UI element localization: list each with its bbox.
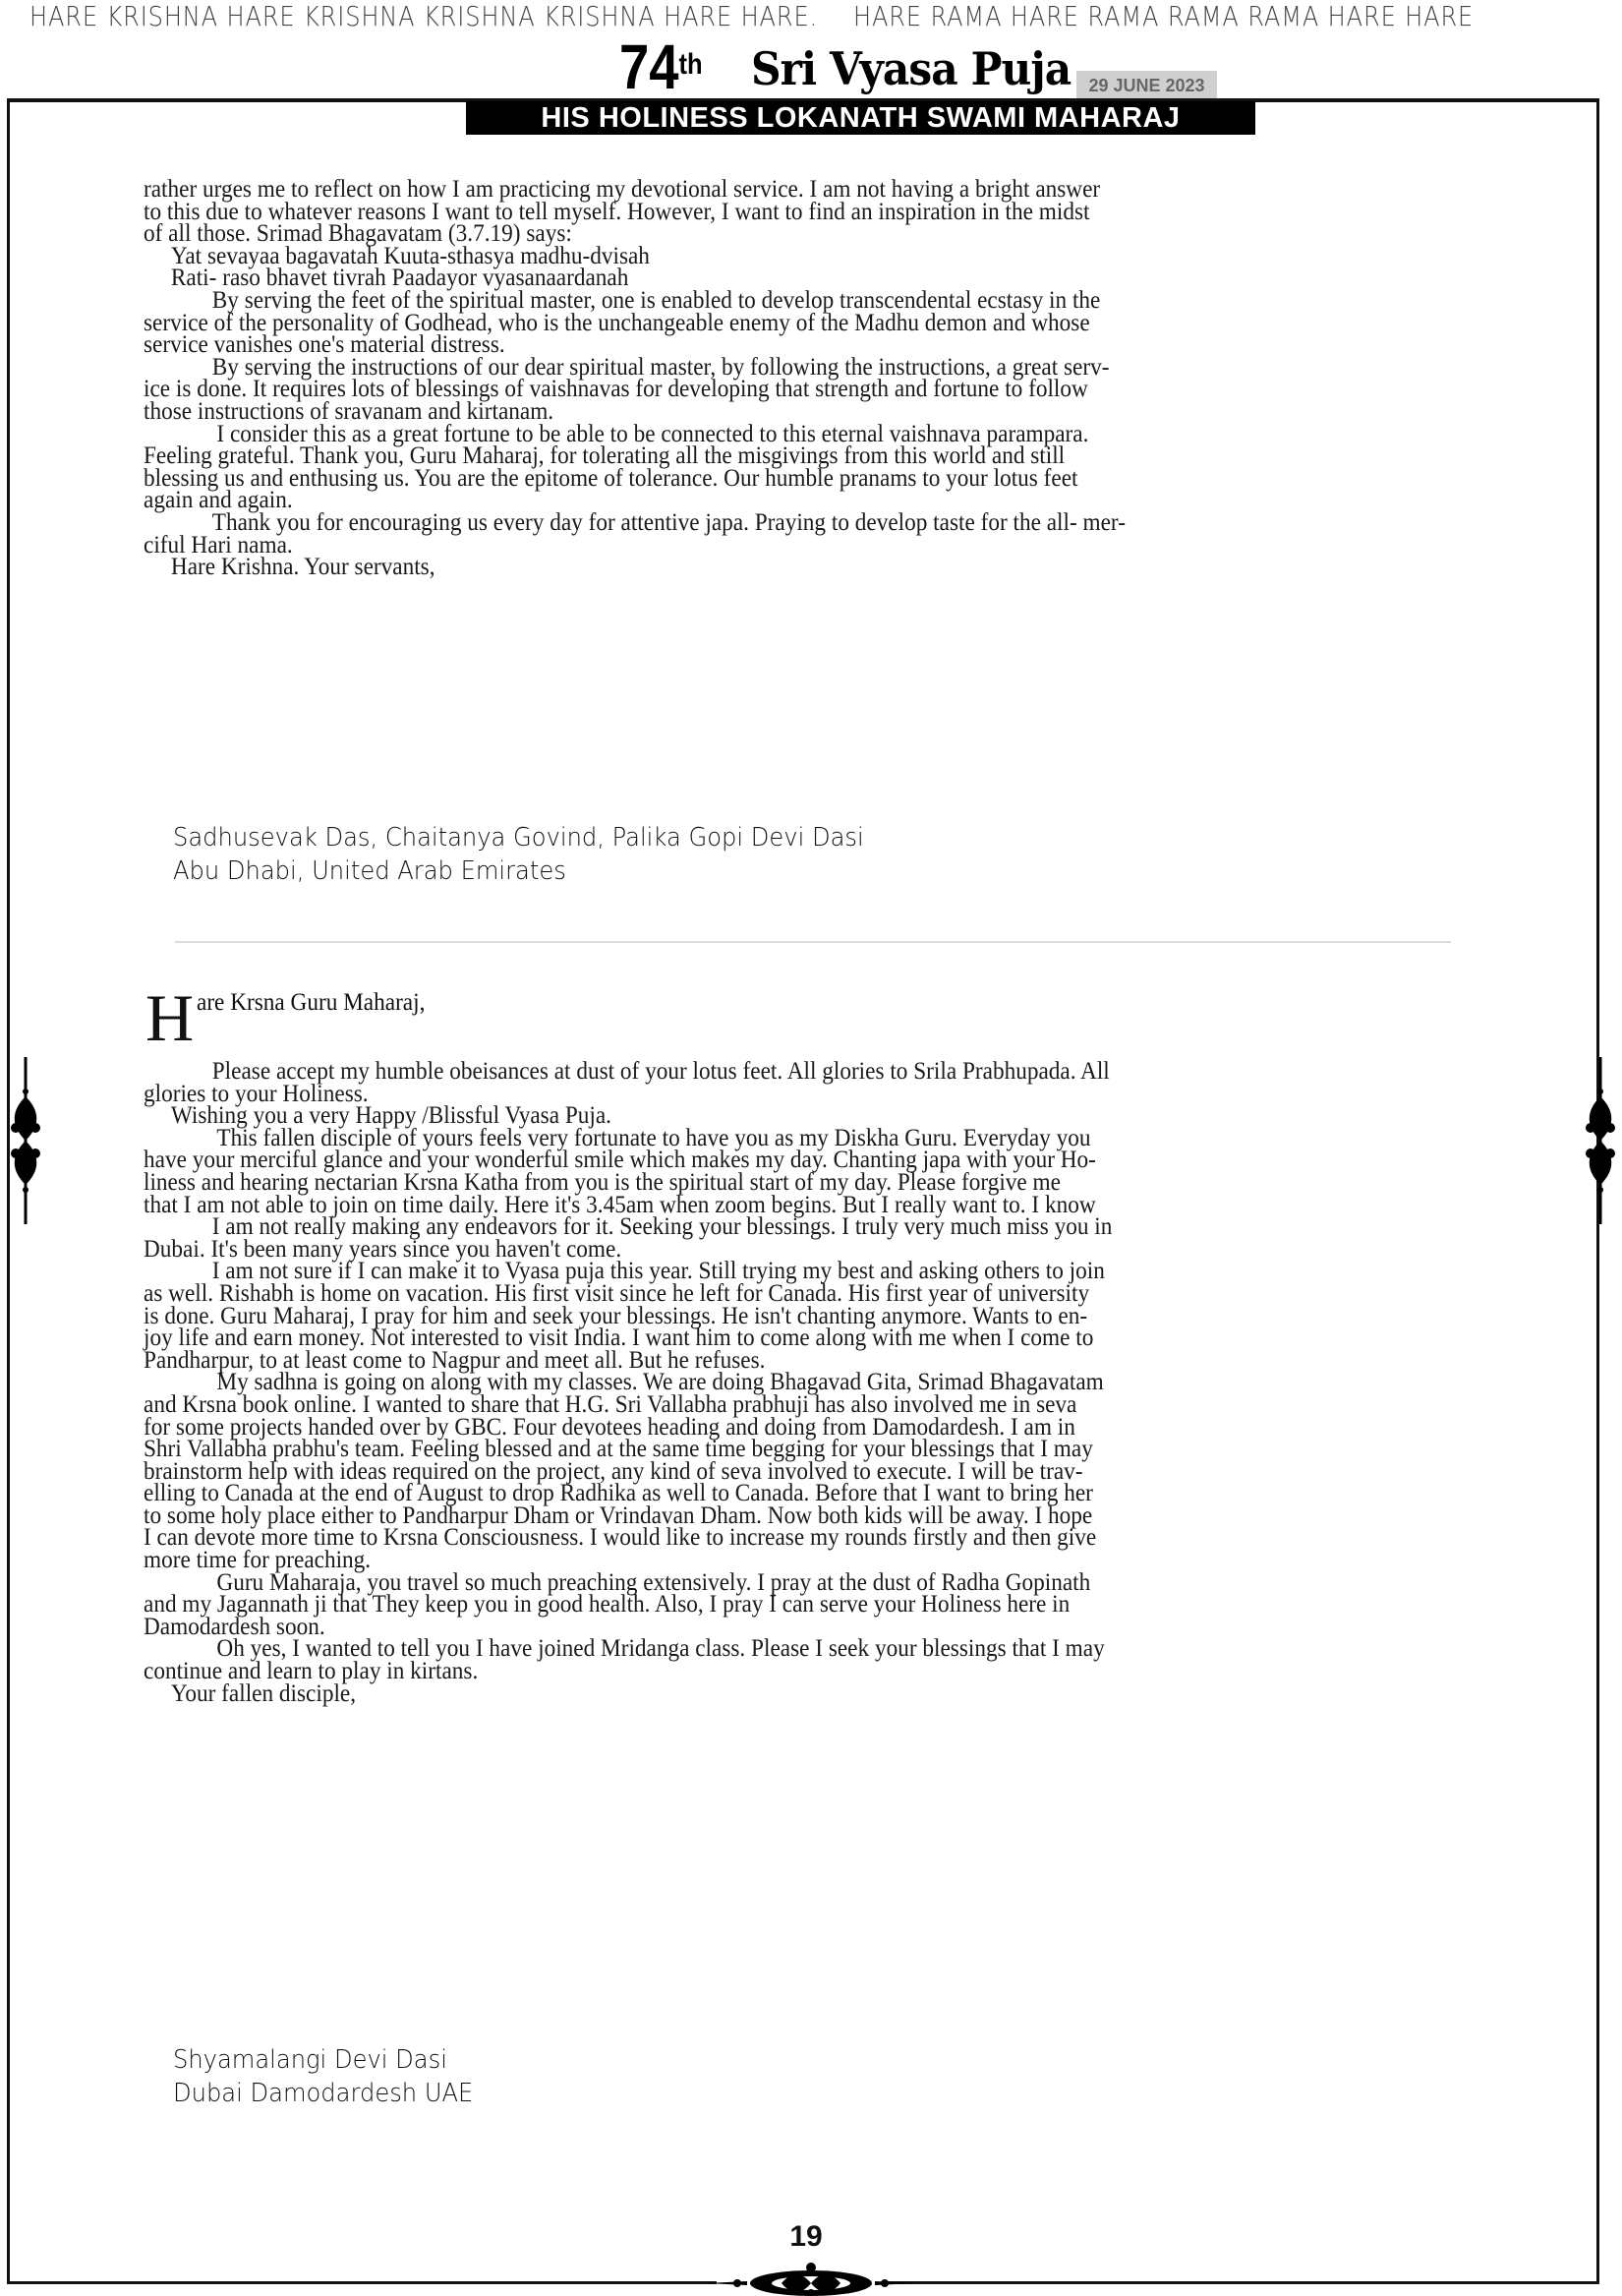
edition-number-value: 74 bbox=[619, 31, 679, 102]
text-line: Hare Krishna. Your servants, bbox=[144, 557, 1387, 579]
text-line: blessing us and enthusing us. You are th… bbox=[144, 468, 1387, 491]
mantra-banner: HARE KRISHNA HARE KRISHNA KRISHNA KRISHN… bbox=[0, 0, 1622, 35]
text-line: Your fallen disciple, bbox=[144, 1683, 1387, 1706]
edition-number: 74th bbox=[619, 35, 703, 98]
left-ornament-icon bbox=[6, 1057, 45, 1224]
masthead: 74th Sri Vyasa Puja 29 JUNE 2023 bbox=[0, 39, 1622, 100]
letter-separator bbox=[175, 941, 1451, 943]
page-number: 19 bbox=[767, 2220, 845, 2254]
mantra-left: HARE KRISHNA HARE KRISHNA KRISHNA KRISHN… bbox=[29, 0, 818, 32]
letter2-body: Please accept my humble obeisances at du… bbox=[144, 1061, 1480, 1705]
letter1-body: rather urges me to reflect on how I am p… bbox=[144, 179, 1480, 579]
edition-suffix: th bbox=[679, 48, 703, 81]
letter1-signature-location: Abu Dhabi, United Arab Emirates bbox=[173, 854, 566, 888]
subtitle-bar: HIS HOLINESS LOKANATH SWAMI MAHARAJ bbox=[466, 101, 1255, 135]
mantra-right: HARE RAMA HARE RAMA RAMA RAMA HARE HARE bbox=[853, 0, 1474, 32]
letter2-signature-location: Dubai Damodardesh UAE bbox=[173, 2077, 473, 2110]
publication-title: Sri Vyasa Puja bbox=[751, 39, 1071, 98]
drop-cap: H bbox=[145, 988, 194, 1047]
text-line: and my Jagannath ji that They keep you i… bbox=[144, 1594, 1387, 1617]
letter2-signature-name: Shyamalangi Devi Dasi bbox=[173, 2043, 447, 2077]
footer-ornament-icon bbox=[590, 2262, 1032, 2296]
letter1-signature-names: Sadhusevak Das, Chaitanya Govind, Palika… bbox=[173, 821, 864, 854]
letter2-salutation: are Krsna Guru Maharaj, bbox=[197, 991, 425, 1015]
date-badge: 29 JUNE 2023 bbox=[1076, 71, 1217, 100]
right-ornament-icon bbox=[1581, 1057, 1620, 1224]
text-line: Thank you for encouraging us every day f… bbox=[144, 512, 1387, 535]
